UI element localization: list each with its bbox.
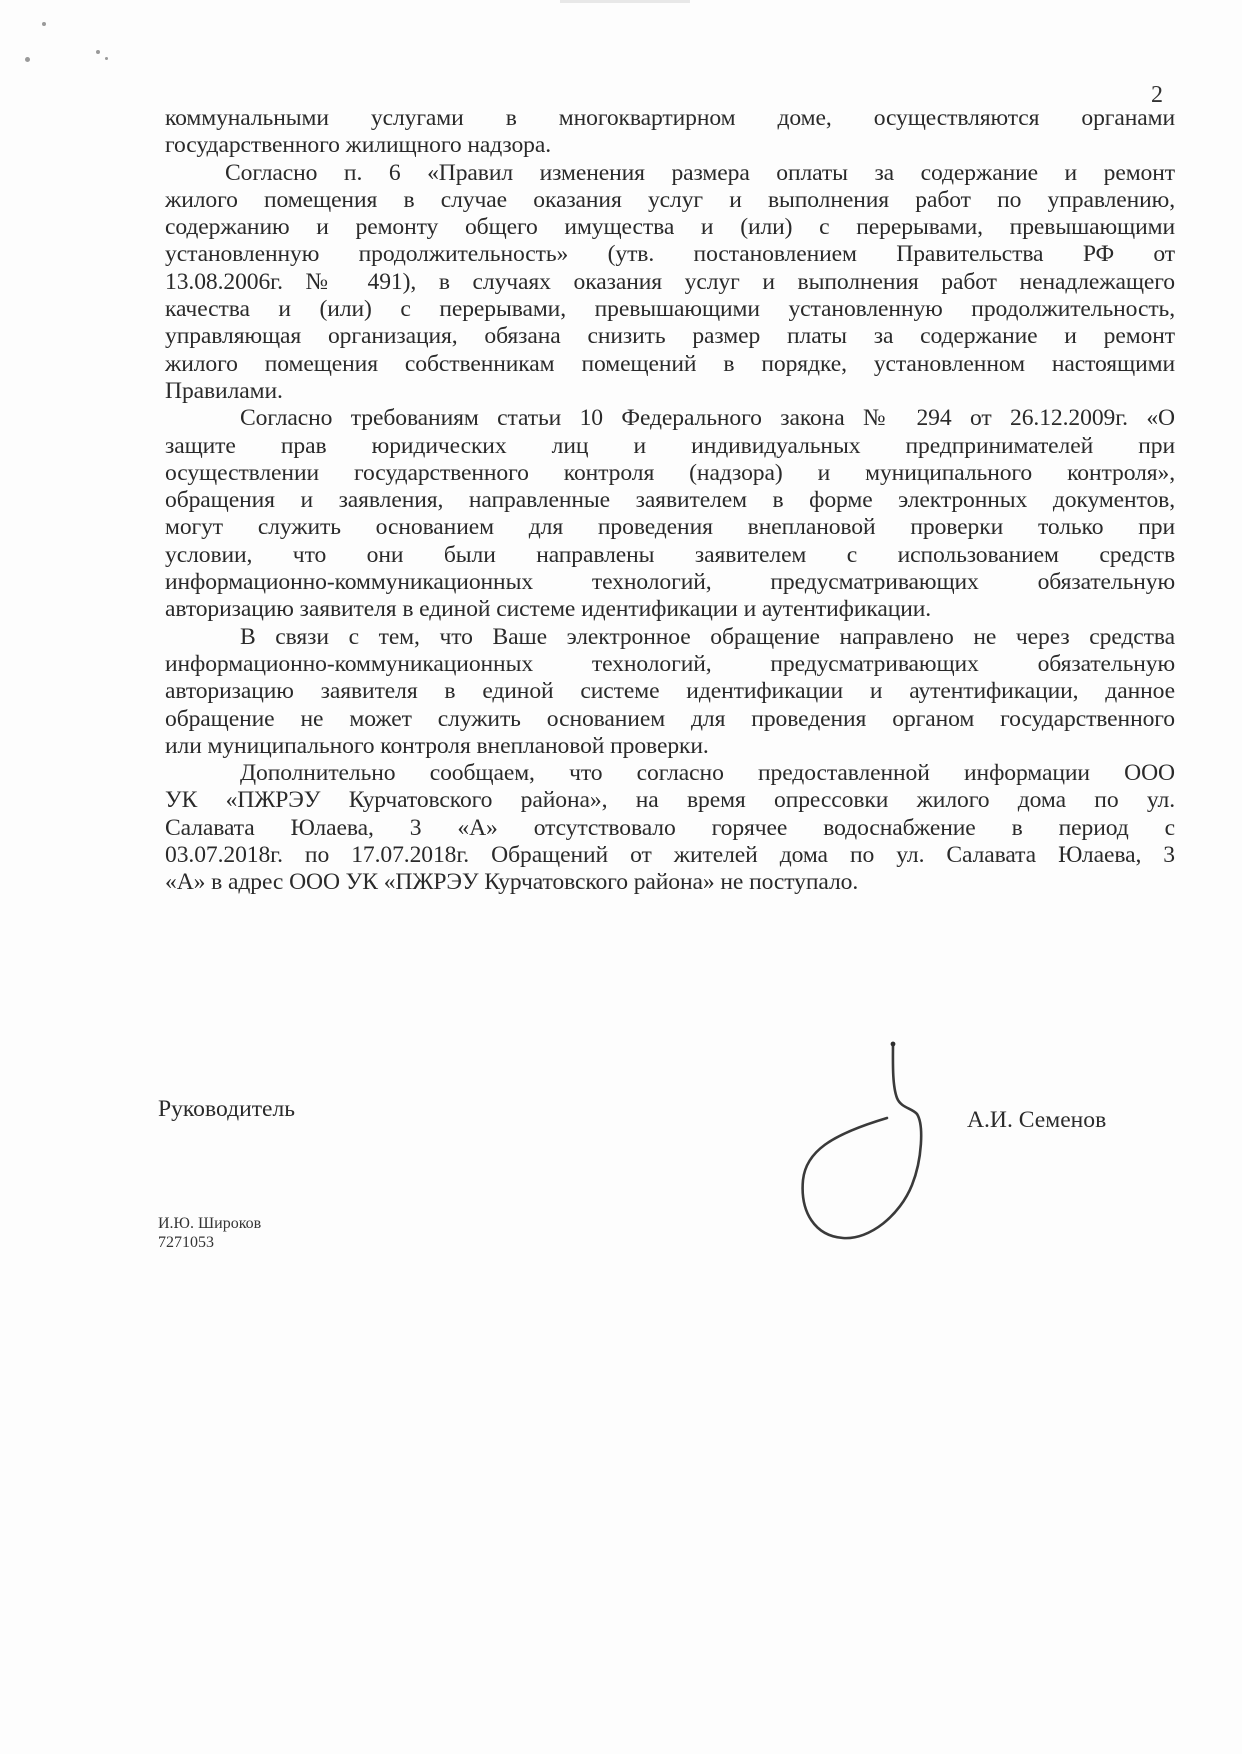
text-line: «А» в адрес ООО УК «ПЖРЭУ Курчатовского … <box>165 869 1175 896</box>
text-line: установленную продолжительность» (утв. п… <box>165 241 1175 268</box>
text-line: УК «ПЖРЭУ Курчатовского района», на врем… <box>165 787 1175 814</box>
text-line: информационно-коммуникационных технологи… <box>165 651 1175 678</box>
paragraph: Дополнительно сообщаем, что согласно пре… <box>165 760 1175 896</box>
text-line: 03.07.2018г. по 17.07.2018г. Обращений о… <box>165 842 1175 869</box>
text-line: качества и (или) с перерывами, превышающ… <box>165 296 1175 323</box>
paragraph: Согласно требованиям статьи 10 Федеральн… <box>165 405 1175 623</box>
signatory-title: Руководитель <box>158 1096 295 1123</box>
executor-phone: 7271053 <box>158 1233 261 1252</box>
text-line: жилого помещения собственникам помещений… <box>165 351 1175 378</box>
text-line: Салавата Юлаева, 3 «А» отсутствовало гор… <box>165 815 1175 842</box>
paragraph: В связи с тем, что Ваше электронное обра… <box>165 624 1175 760</box>
paragraph: коммунальными услугами в многоквартирном… <box>165 105 1175 160</box>
scan-artifact <box>560 0 690 3</box>
executor-info: И.Ю. Широков 7271053 <box>158 1214 261 1252</box>
text-line: Правилами. <box>165 378 1175 405</box>
text-line: обращения и заявления, направленные заяв… <box>165 487 1175 514</box>
text-line: коммунальными услугами в многоквартирном… <box>165 105 1175 132</box>
text-line: авторизацию заявителя в единой системе и… <box>165 596 1175 623</box>
text-line: В связи с тем, что Ваше электронное обра… <box>165 624 1175 651</box>
text-line: или муниципального контроля внеплановой … <box>165 733 1175 760</box>
text-line: Согласно требованиям статьи 10 Федеральн… <box>165 405 1175 432</box>
text-line: государственного жилищного надзора. <box>165 132 1175 159</box>
text-line: Согласно п. 6 «Правил изменения размера … <box>165 160 1175 187</box>
text-line: содержанию и ремонту общего имущества и … <box>165 214 1175 241</box>
document-page: 2 коммунальными услугами в многоквартирн… <box>0 0 1242 1754</box>
executor-name: И.Ю. Широков <box>158 1214 261 1233</box>
text-line: жилого помещения в случае оказания услуг… <box>165 187 1175 214</box>
signatory-name: А.И. Семенов <box>967 1107 1106 1134</box>
text-line: управляющая организация, обязана снизить… <box>165 323 1175 350</box>
scan-speck <box>25 57 30 62</box>
paragraph: Согласно п. 6 «Правил изменения размера … <box>165 160 1175 406</box>
text-line: условии, что они были направлены заявите… <box>165 542 1175 569</box>
text-line: обращение не может служить основанием дл… <box>165 706 1175 733</box>
scan-speck <box>42 22 46 26</box>
text-line: Дополнительно сообщаем, что согласно пре… <box>165 760 1175 787</box>
text-line: авторизацию заявителя в единой системе и… <box>165 678 1175 705</box>
text-line: могут служить основанием для проведения … <box>165 514 1175 541</box>
scan-speck <box>96 50 100 54</box>
scan-speck <box>105 57 108 60</box>
text-line: защите прав юридических лиц и индивидуал… <box>165 433 1175 460</box>
letter-body: коммунальными услугами в многоквартирном… <box>165 105 1175 897</box>
text-line: информационно-коммуникационных технологи… <box>165 569 1175 596</box>
text-line: 13.08.2006г. № 491), в случаях оказания … <box>165 269 1175 296</box>
text-line: осуществлении государственного контроля … <box>165 460 1175 487</box>
